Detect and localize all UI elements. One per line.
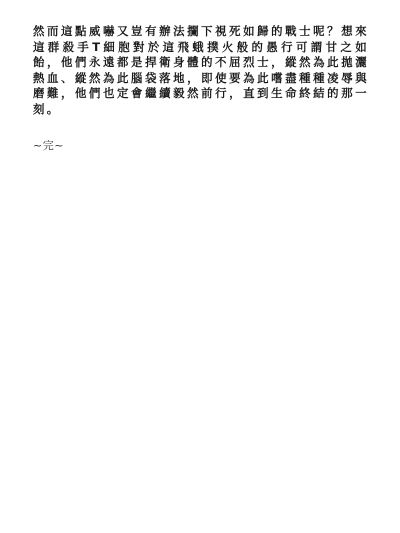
end-mark: ~完~	[33, 138, 369, 153]
document-page: 然而這點威嚇又豈有辦法攔下視死如歸的戰士呢？想來這群殺手T細胞對於這飛蛾撲火般的…	[33, 24, 369, 153]
body-paragraph: 然而這點威嚇又豈有辦法攔下視死如歸的戰士呢？想來這群殺手T細胞對於這飛蛾撲火般的…	[33, 24, 369, 117]
